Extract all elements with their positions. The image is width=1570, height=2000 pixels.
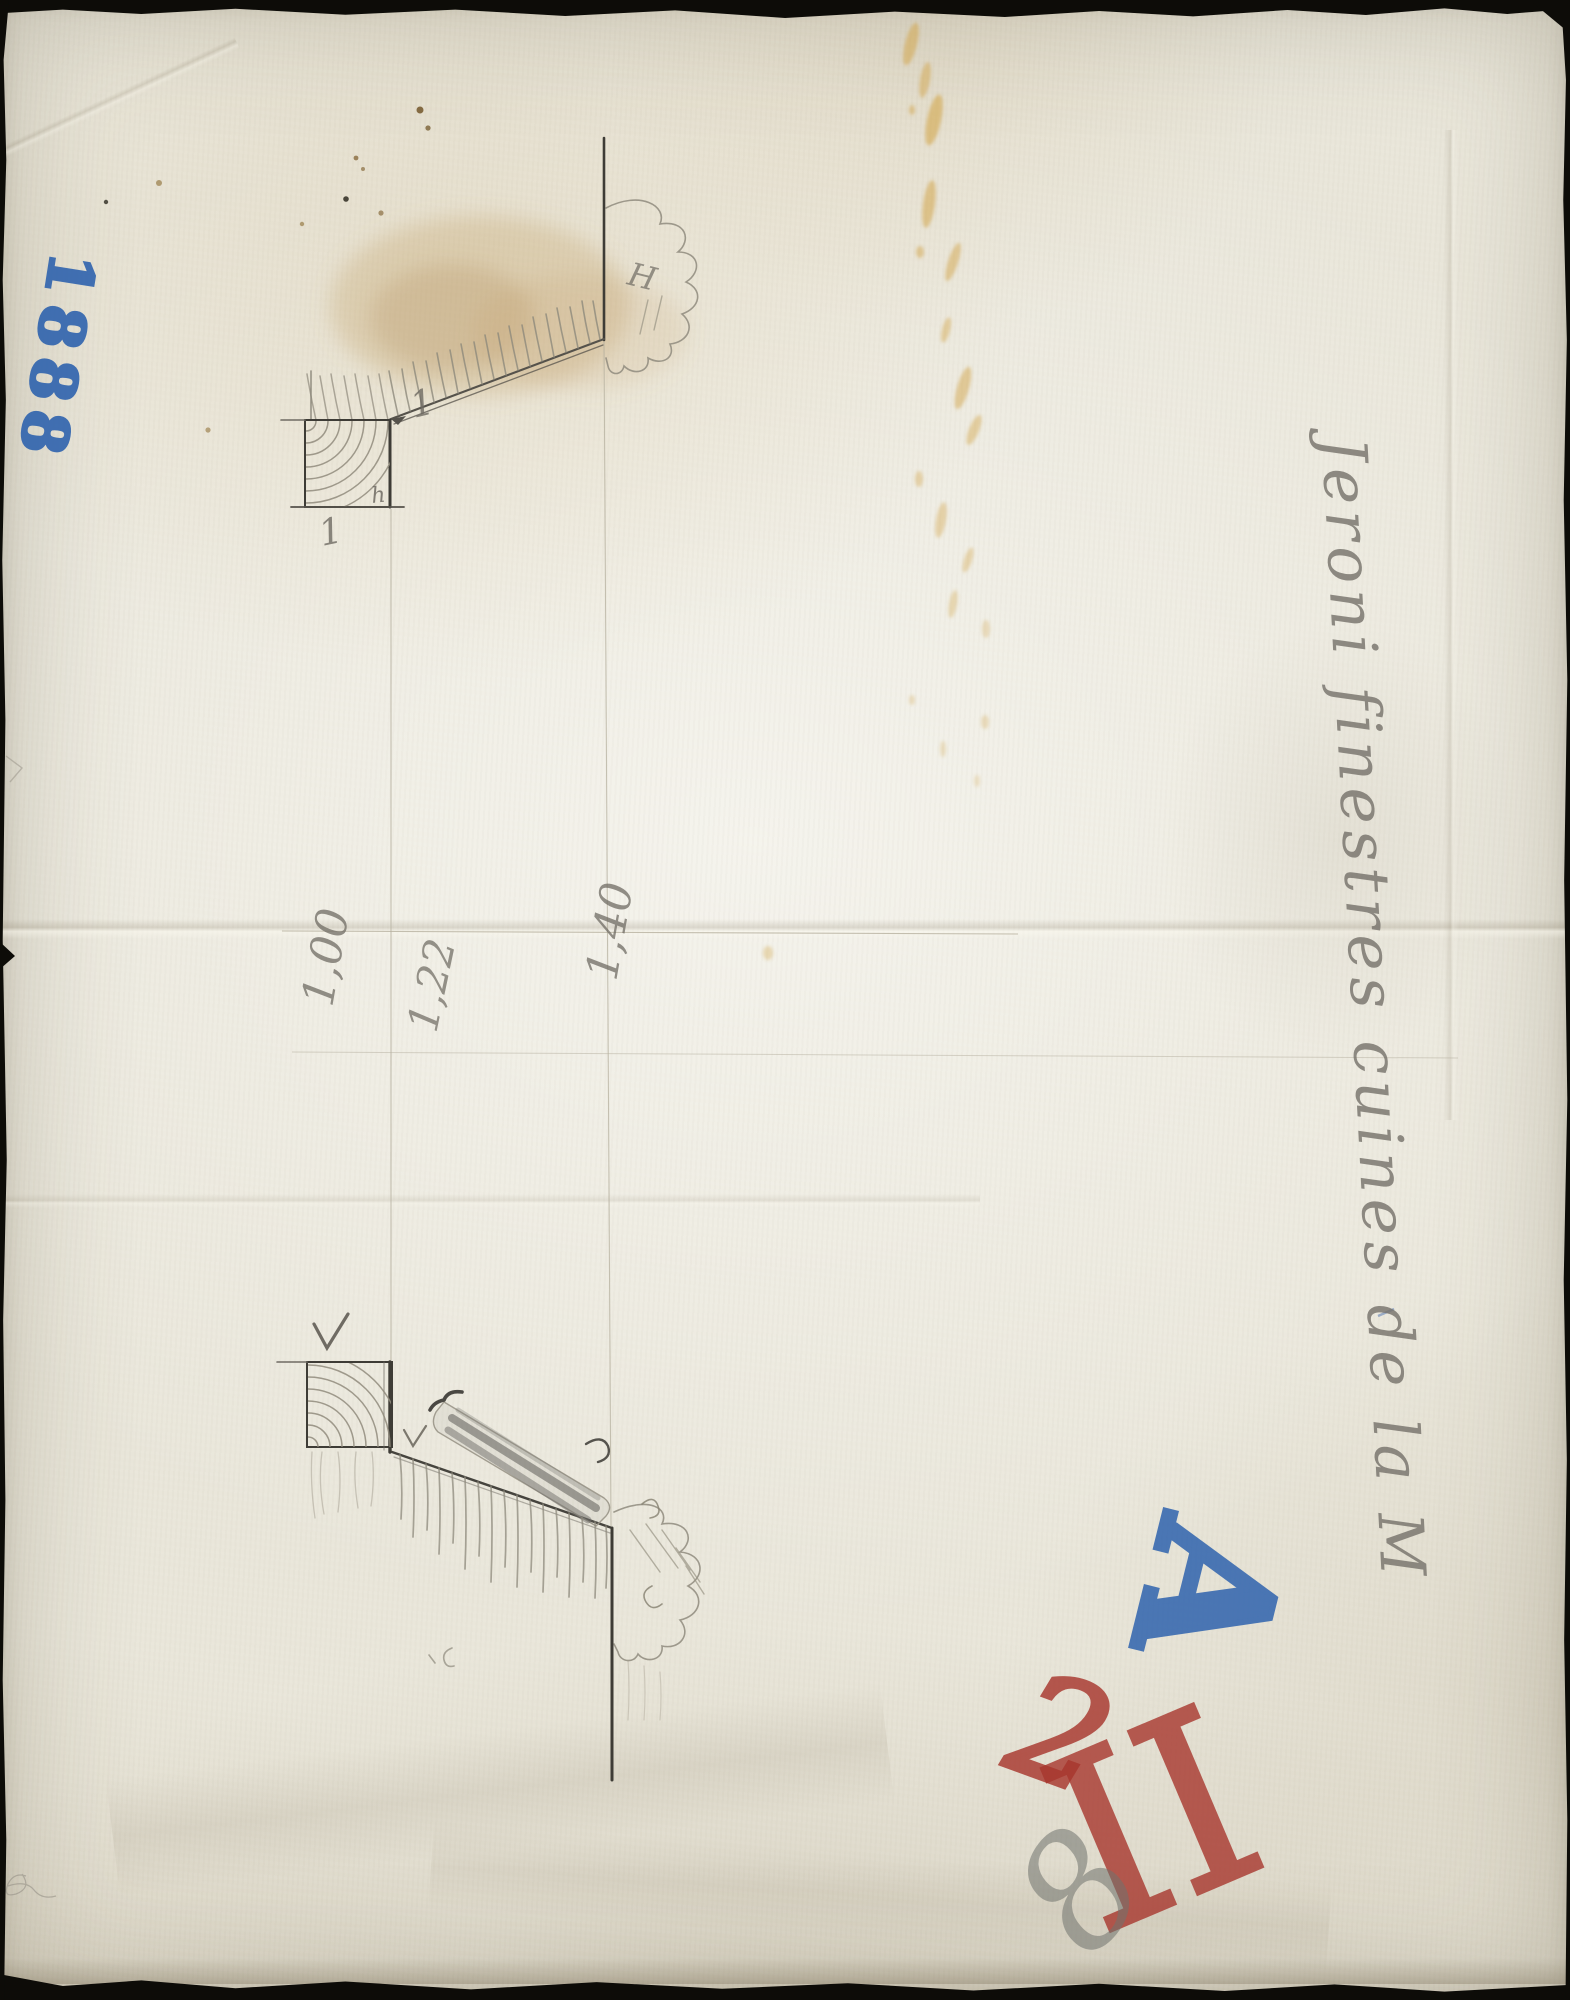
dimension-middle: 1,22 <box>398 934 465 1036</box>
scanned-document-page: 1888 Jeroni finestres cuines de la M 1,0… <box>0 0 1570 2000</box>
sill-hatching-left <box>307 374 388 420</box>
wood-grain-bottom <box>308 1353 402 1447</box>
sill-arrow-label-bottom: 1 <box>315 510 346 555</box>
yellow-drip-stains <box>763 21 990 960</box>
mark-letter-A: A <box>1091 1500 1324 1685</box>
dimension-right: 1,40 <box>577 879 644 984</box>
corner-scribble <box>6 1874 56 1897</box>
moulding-bar-shading-1 <box>452 1418 596 1508</box>
moulding-bar-hook <box>586 1439 609 1462</box>
wall-curl-marks <box>642 1499 662 1607</box>
check-mark <box>314 1314 348 1348</box>
construction-lines <box>282 342 1458 1526</box>
wall-break-cloud-bottom <box>614 1504 700 1660</box>
square-corner-label: h <box>370 483 387 509</box>
left-edge-squiggle <box>6 756 22 782</box>
sill-hatching-bottom <box>400 1455 607 1598</box>
wall-face-shading <box>628 1660 661 1720</box>
sill-section-bottom-drawing <box>277 1314 704 1780</box>
large-tan-stain <box>330 216 688 396</box>
inscription: Jeroni finestres cuines de la M <box>1306 424 1439 1584</box>
year-mark: 1888 <box>4 248 109 469</box>
sketch-layer: 1888 Jeroni finestres cuines de la M 1,0… <box>0 0 1570 2000</box>
check-mark-small <box>404 1426 426 1446</box>
frame-timber-square-bottom <box>307 1362 392 1447</box>
grain-continuation <box>311 1452 373 1518</box>
small-squiggle <box>429 1648 454 1666</box>
dimension-left: 1,00 <box>293 905 360 1010</box>
